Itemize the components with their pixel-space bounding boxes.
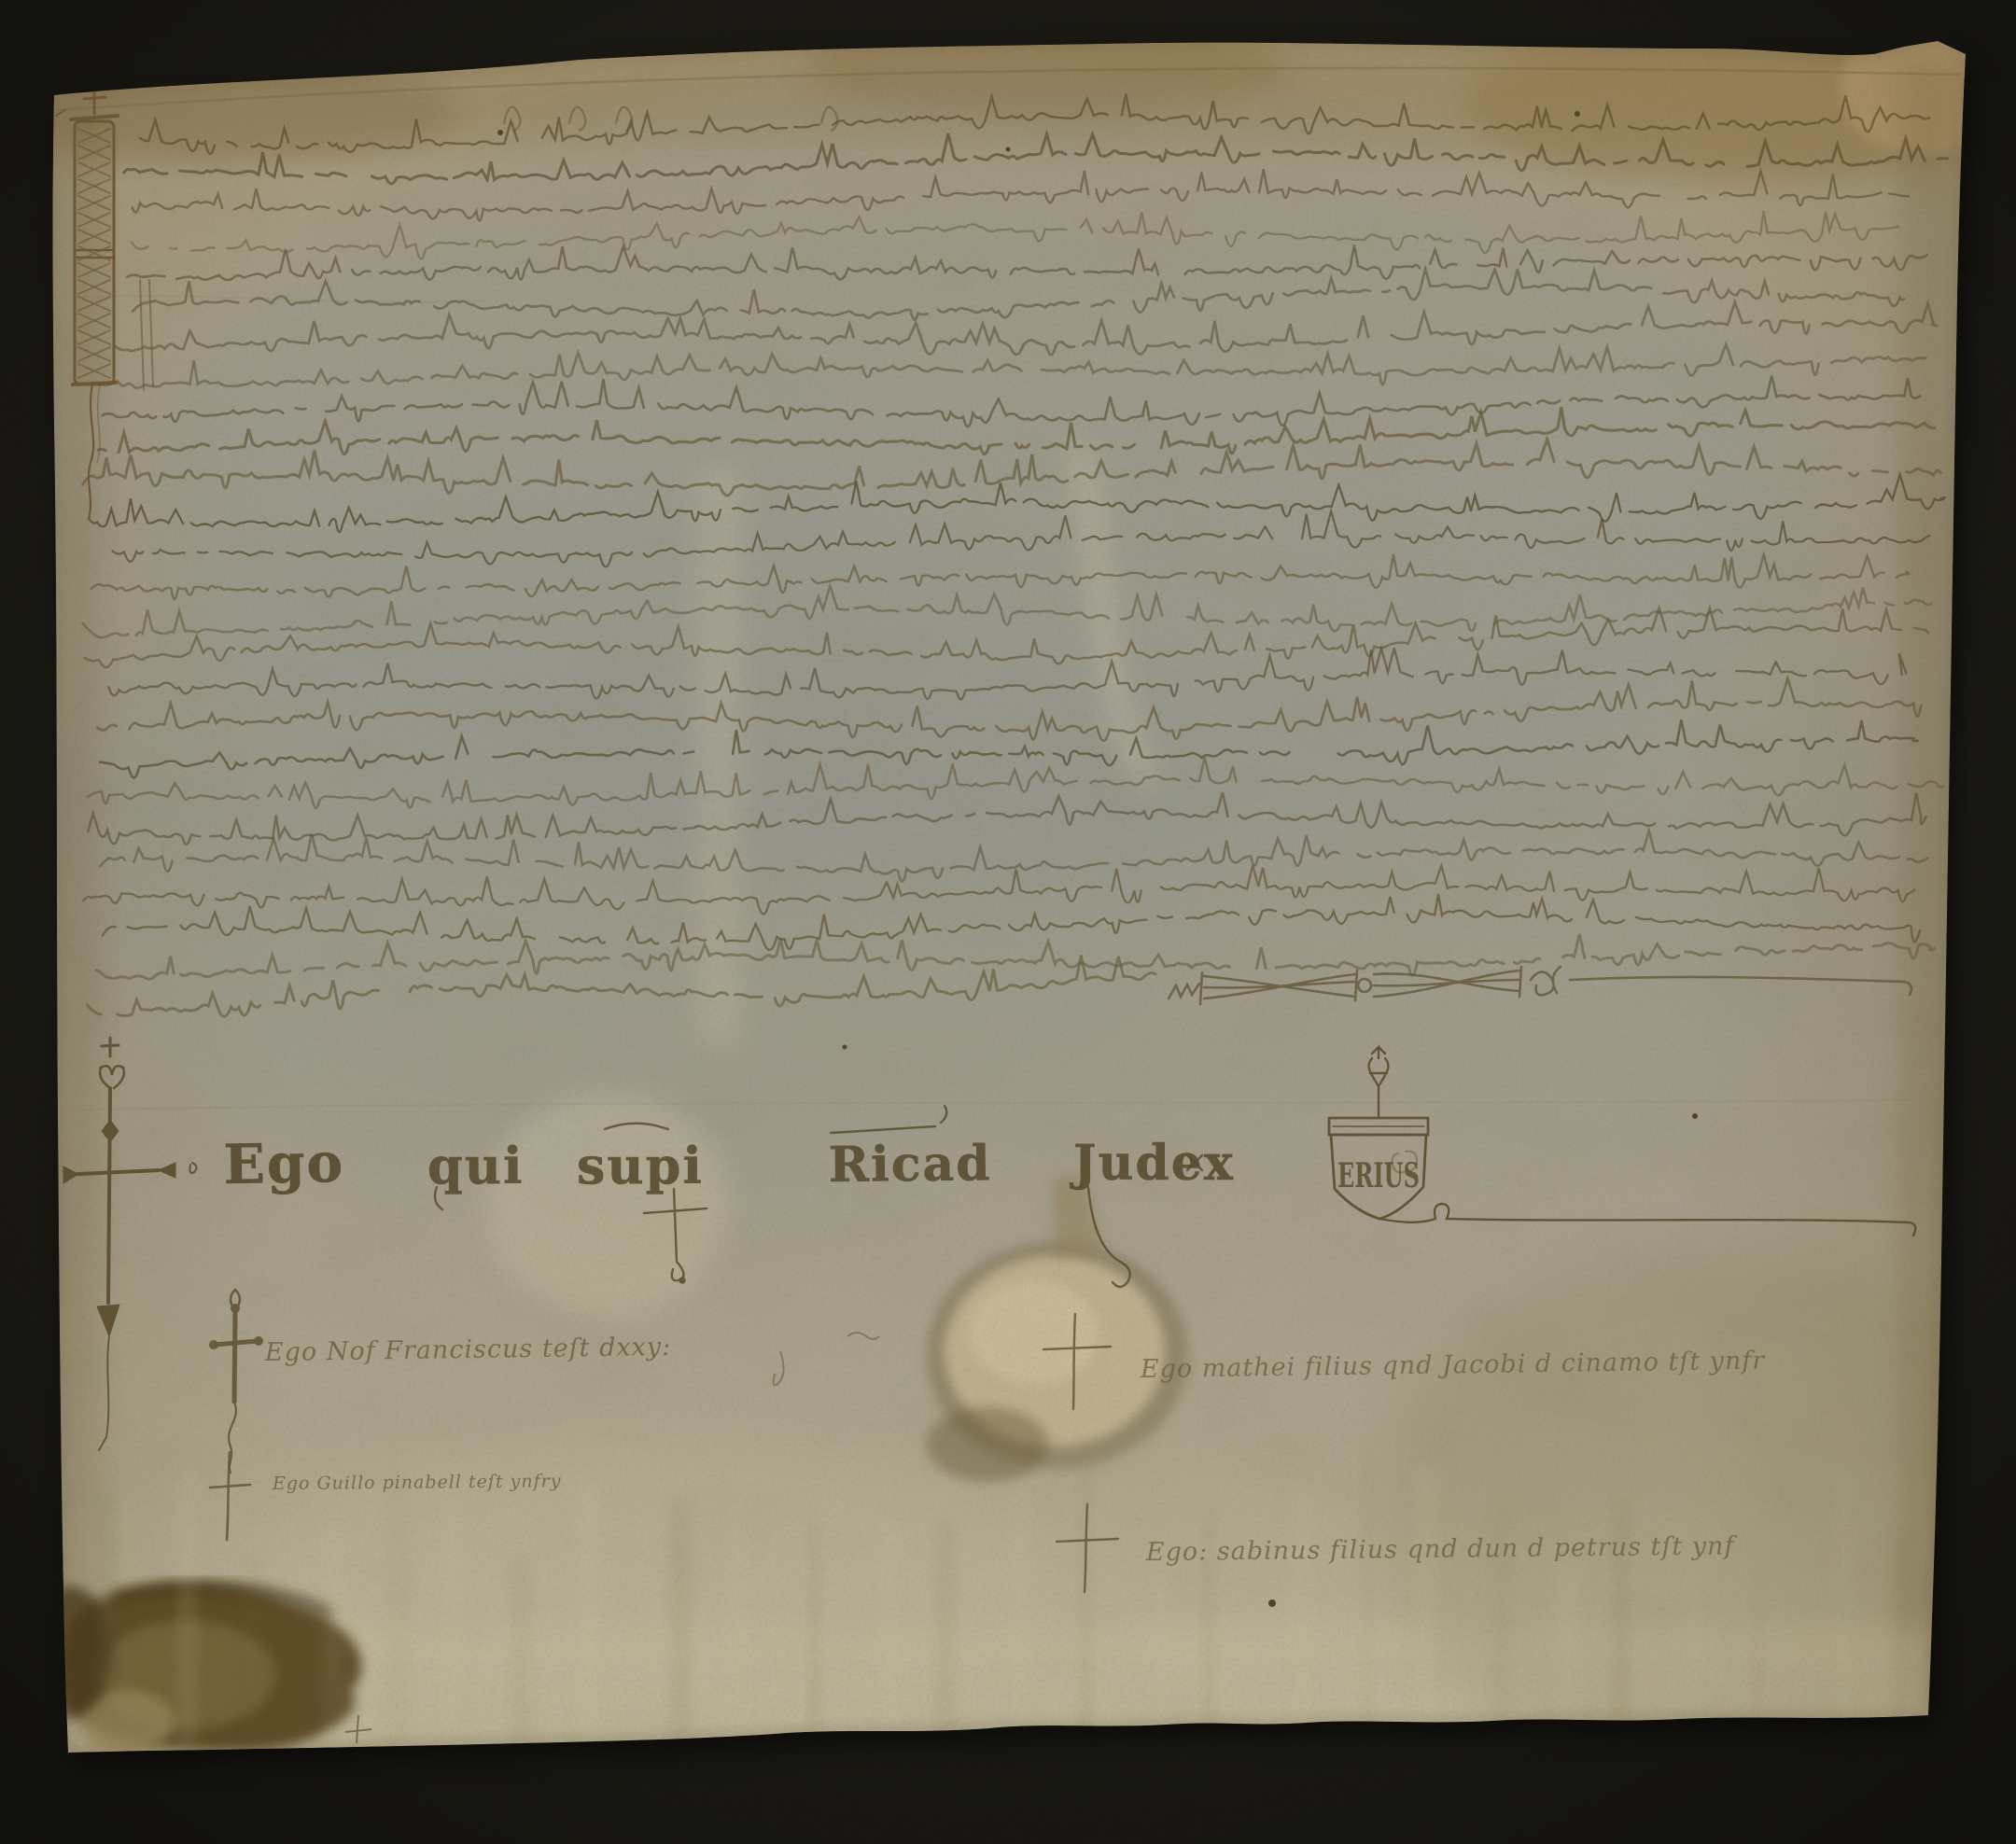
notary-word-qui: qui (427, 1136, 525, 1195)
witness-signature-left-2: Ego Guillo pinabell teſt ynfry (272, 1471, 562, 1494)
notary-word-judex: Judex (1070, 1135, 1235, 1192)
witness-signature-left-1: Ego Nof Franciscus teſt dxxy: (264, 1333, 672, 1367)
monogram-letters: ERIUS (1337, 1156, 1420, 1195)
notary-word-supi: supi (577, 1136, 704, 1195)
parchment: Ego qui supi Ricad Judex (9, 19, 2016, 1773)
notary-word-ego: Ego (223, 1131, 345, 1196)
charter-photo: Ego qui supi Ricad Judex (0, 0, 2016, 1844)
stains (9, 19, 2016, 1773)
photo-background: Ego qui supi Ricad Judex (0, 0, 2016, 1844)
notary-word-ricad: Ricad (828, 1135, 991, 1194)
